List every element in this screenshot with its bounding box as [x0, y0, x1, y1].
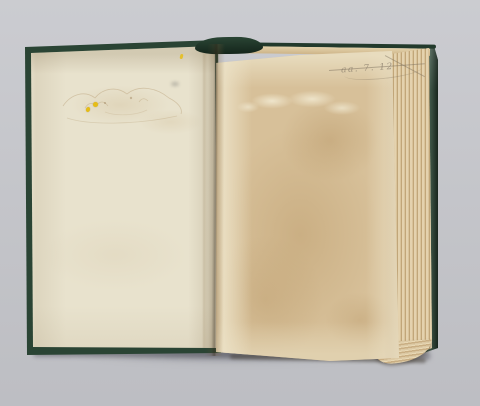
gutter-shadow — [205, 44, 225, 356]
gray-smudge — [169, 80, 181, 88]
yellow-paint-dot — [93, 102, 98, 107]
photo-stage: aa. 7. 12 — [0, 0, 480, 406]
endpaper-sketch-offset — [55, 68, 195, 140]
spine-head — [195, 36, 263, 54]
